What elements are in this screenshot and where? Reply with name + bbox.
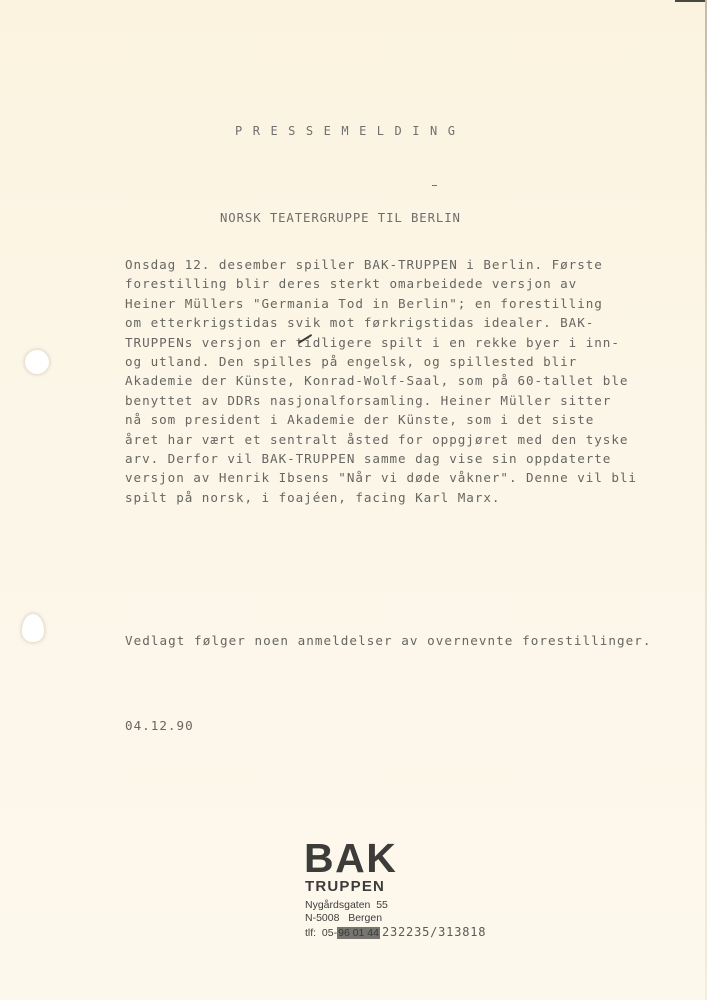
body-line: forestilling blir deres sterkt omarbeide… (125, 274, 685, 293)
body-line: spilt på norsk, i foajéen, facing Karl M… (125, 488, 685, 507)
body-line: Onsdag 12. desember spiller BAK-TRUPPEN … (125, 255, 685, 274)
body-line: arv. Derfor vil BAK-TRUPPEN samme dag vi… (125, 449, 685, 468)
body-line: Akademie der Künste, Konrad-Wolf-Saal, s… (125, 371, 685, 390)
document-title: PRESSEMELDING (235, 124, 465, 138)
punch-hole (22, 614, 44, 642)
body-line: Heiner Müllers "Germania Tod in Berlin";… (125, 294, 685, 313)
phone-old-crossed-out: 96 01 44 (337, 927, 380, 939)
body-line: TRUPPENs versjon er tidligere spilt i en… (125, 333, 685, 352)
body-line: benyttet av DDRs nasjonalforsamling. Hei… (125, 391, 685, 410)
document-subtitle: NORSK TEATERGRUPPE TIL BERLIN (220, 211, 461, 225)
phone-new-typed: 232235/313818 (382, 925, 486, 939)
scanned-page: PRESSEMELDING NORSK TEATERGRUPPE TIL BER… (0, 0, 707, 1000)
bak-truppen-logo-subtitle: TRUPPEN (305, 878, 385, 895)
body-line: om etterkrigstidas svik mot førkrigstida… (125, 313, 685, 332)
attachment-note: Vedlagt følger noen anmeldelser av overn… (125, 633, 652, 648)
phone-line: tlf: 05-96 01 44232235/313818 (305, 925, 486, 939)
press-release-body: Onsdag 12. desember spiller BAK-TRUPPEN … (125, 255, 685, 507)
body-line: versjon av Henrik Ibsens "Når vi døde vå… (125, 468, 685, 487)
punch-hole (25, 350, 49, 374)
stray-mark (432, 185, 437, 186)
address-city: N-5008 Bergen (305, 912, 382, 924)
body-line: året har vært et sentralt åsted for oppg… (125, 430, 685, 449)
document-date: 04.12.90 (125, 718, 194, 733)
page-corner-mark (675, 0, 705, 2)
body-line: og utland. Den spilles på engelsk, og sp… (125, 352, 685, 371)
address-street: Nygårdsgaten 55 (305, 899, 388, 911)
phone-label: tlf: 05- (305, 927, 337, 939)
bak-truppen-logo: BAK (304, 840, 397, 876)
body-line: nå som president i Akademie der Künste, … (125, 410, 685, 429)
